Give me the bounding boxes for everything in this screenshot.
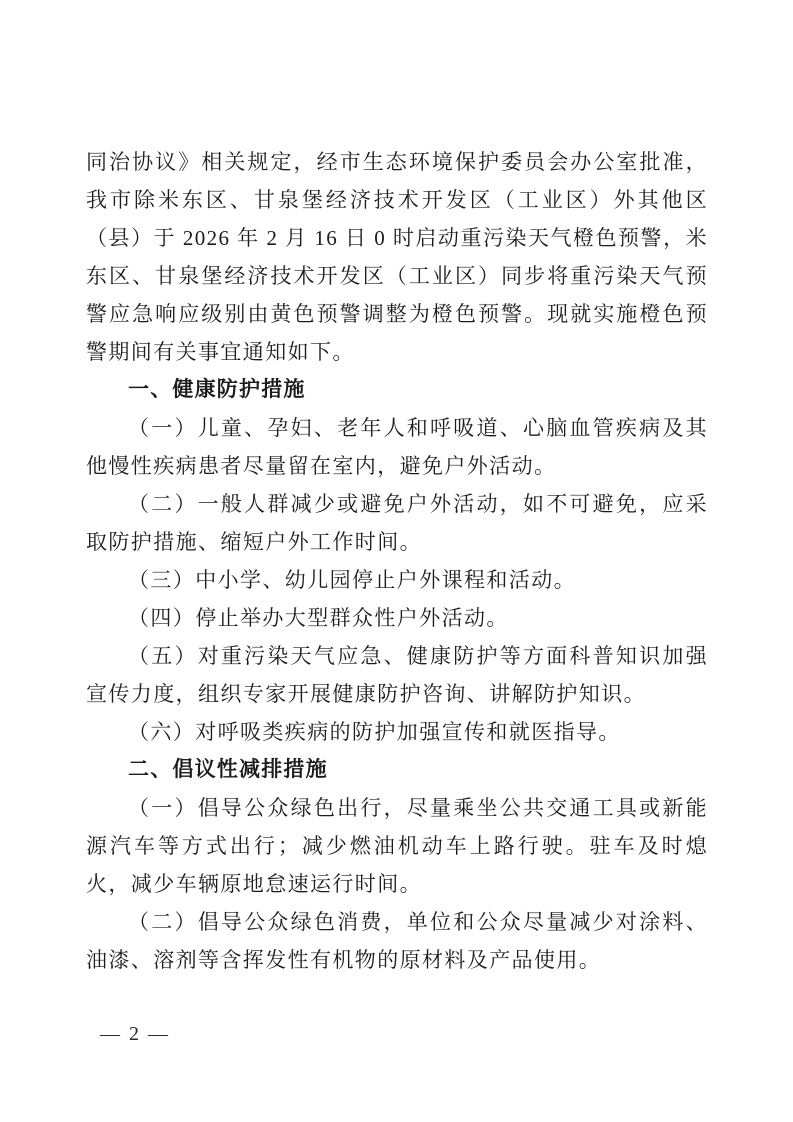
section-heading-health-protection: 一、健康防护措施 <box>86 371 708 409</box>
paragraph-item-1-3: （三）中小学、幼儿园停止户外课程和活动。 <box>86 561 708 599</box>
section-heading-advocacy-emission-reduction: 二、倡议性减排措施 <box>86 751 708 789</box>
document-body: 同治协议》相关规定，经市生态环境保护委员会办公室批准，我市除米东区、甘泉堡经济技… <box>86 143 708 979</box>
paragraph-item-1-4: （四）停止举办大型群众性户外活动。 <box>86 599 708 637</box>
paragraph-item-1-6: （六）对呼吸类疾病的防护加强宣传和就医指导。 <box>86 713 708 751</box>
page-number: — 2 — <box>100 1023 170 1046</box>
paragraph-opening-continuation: 同治协议》相关规定，经市生态环境保护委员会办公室批准，我市除米东区、甘泉堡经济技… <box>86 143 708 371</box>
paragraph-item-1-2: （二）一般人群减少或避免户外活动，如不可避免，应采取防护措施、缩短户外工作时间。 <box>86 485 708 561</box>
paragraph-item-2-1: （一）倡导公众绿色出行，尽量乘坐公共交通工具或新能源汽车等方式出行；减少燃油机动… <box>86 789 708 903</box>
paragraph-item-1-5: （五）对重污染天气应急、健康防护等方面科普知识加强宣传力度，组织专家开展健康防护… <box>86 637 708 713</box>
paragraph-item-2-2: （二）倡导公众绿色消费，单位和公众尽量减少对涂料、油漆、溶剂等含挥发性有机物的原… <box>86 903 708 979</box>
document-page: 同治协议》相关规定，经市生态环境保护委员会办公室批准，我市除米东区、甘泉堡经济技… <box>0 0 793 1122</box>
paragraph-item-1-1: （一）儿童、孕妇、老年人和呼吸道、心脑血管疾病及其他慢性疾病患者尽量留在室内，避… <box>86 409 708 485</box>
